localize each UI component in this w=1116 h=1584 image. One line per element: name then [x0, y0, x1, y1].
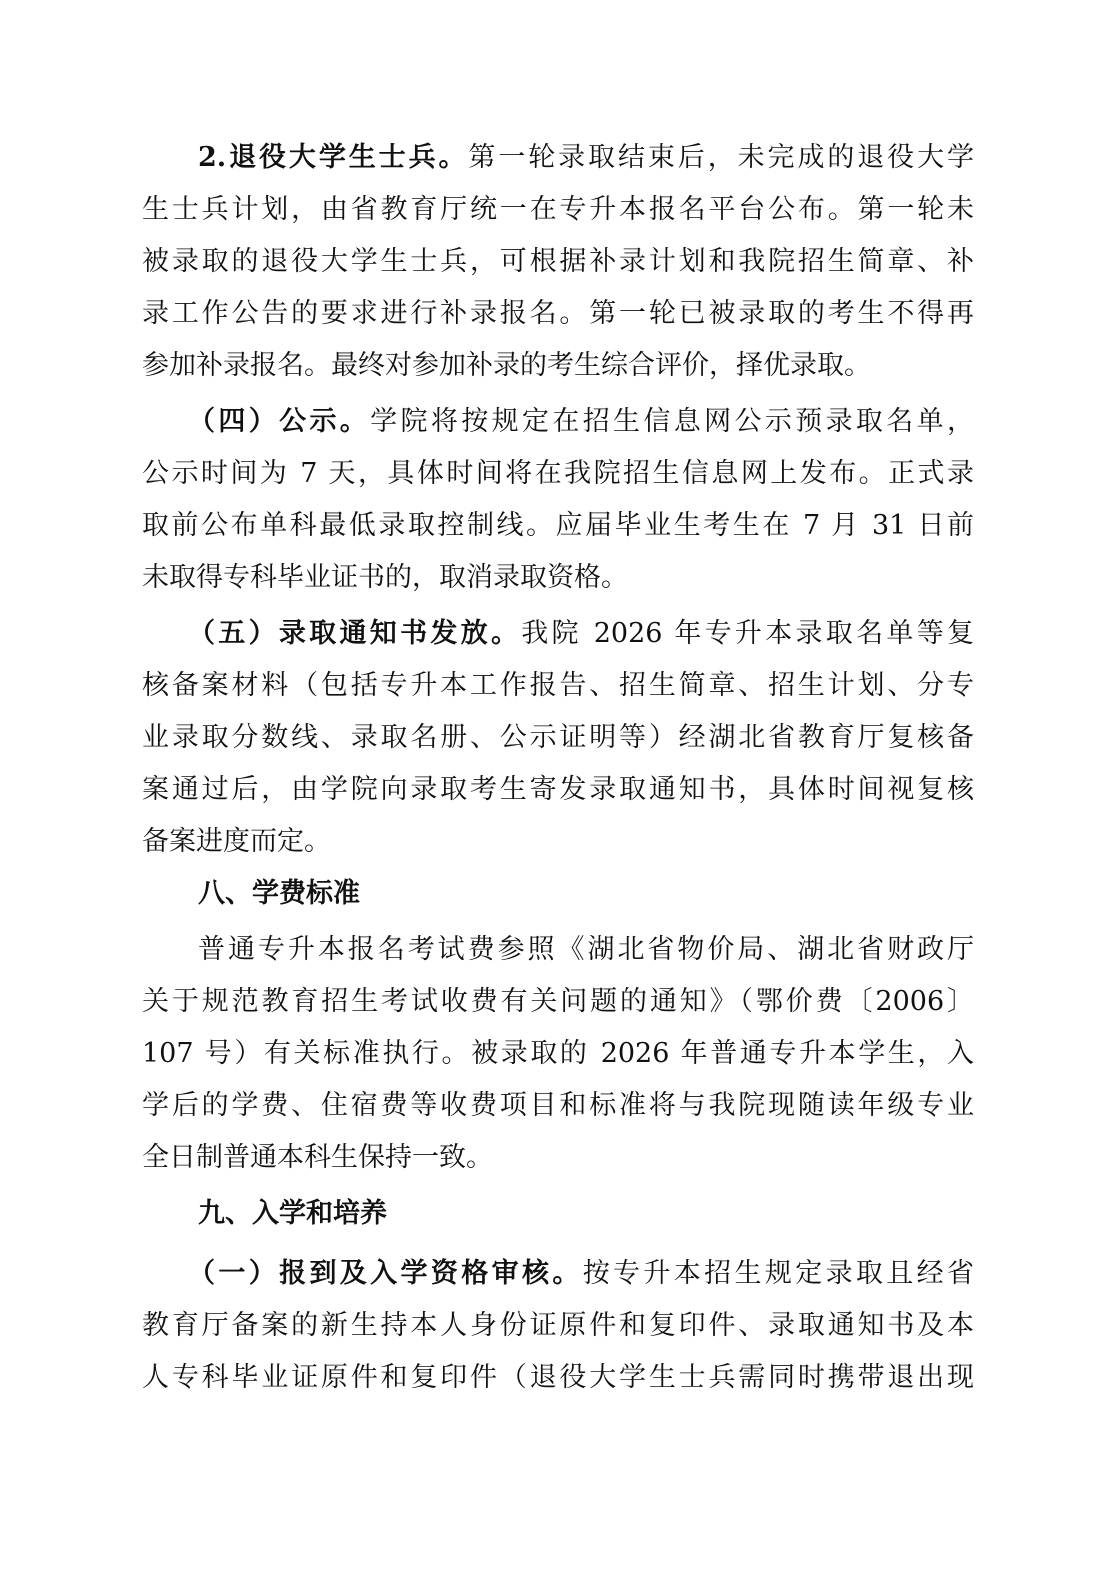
paragraph-veterans-line-3: 被录取的退役大学生士兵，可根据补录计划和我院招生简章、补 — [142, 242, 974, 282]
paragraph-publicity-line-1: （四）公示。学院将按规定在招生信息网公示预录取名单， — [188, 402, 974, 442]
paragraph-lead-veterans: 2.退役大学生士兵。 — [198, 142, 468, 173]
paragraph-veterans-line-5: 参加补录报名。最终对参加补录的考生综合评价，择优录取。 — [142, 346, 974, 386]
paragraph-tuition-line-4: 学后的学费、住宿费等收费项目和标准将与我院现随读年级专业 — [142, 1086, 974, 1126]
section-heading-enrollment: 九、入学和培养 — [198, 1194, 974, 1234]
paragraph-tuition-line-2: 关于规范教育招生考试收费有关问题的通知》（鄂价费〔2006〕 — [142, 982, 974, 1022]
paragraph-notice-line-1: （五）录取通知书发放。我院 2026 年专升本录取名单等复 — [188, 614, 974, 654]
paragraph-notice-line-3: 业录取分数线、录取名册、公示证明等）经湖北省教育厅复核备 — [142, 718, 974, 758]
paragraph-registration-line-3: 人专科毕业证原件和复印件（退役大学生士兵需同时携带退出现 — [142, 1358, 974, 1398]
paragraph-publicity-line-4: 未取得专科毕业证书的，取消录取资格。 — [142, 558, 974, 598]
paragraph-text: 我院 2026 年专升本录取名单等复 — [521, 618, 974, 649]
paragraph-registration-line-1: （一）报到及入学资格审核。按专升本招生规定录取且经省 — [188, 1254, 974, 1294]
paragraph-publicity-line-3: 取前公布单科最低录取控制线。应届毕业生考生在 7 月 31 日前 — [142, 506, 974, 546]
paragraph-text: 按专升本招生规定录取且经省 — [583, 1258, 974, 1289]
paragraph-registration-line-2: 教育厅备案的新生持本人身份证原件和复印件、录取通知书及本 — [142, 1306, 974, 1346]
paragraph-notice-line-2: 核备案材料（包括专升本工作报告、招生简章、招生计划、分专 — [142, 666, 974, 706]
paragraph-text: 学院将按规定在招生信息网公示预录取名单， — [370, 406, 974, 437]
paragraph-notice-line-4: 案通过后，由学院向录取考生寄发录取通知书，具体时间视复核 — [142, 770, 974, 810]
paragraph-publicity-line-2: 公示时间为 7 天，具体时间将在我院招生信息网上发布。正式录 — [142, 454, 974, 494]
paragraph-veterans-line-1: 2.退役大学生士兵。第一轮录取结束后，未完成的退役大学 — [198, 138, 974, 178]
paragraph-veterans-line-2: 生士兵计划，由省教育厅统一在专升本报名平台公布。第一轮未 — [142, 190, 974, 230]
paragraph-tuition-line-5: 全日制普通本科生保持一致。 — [142, 1138, 974, 1178]
paragraph-tuition-line-1: 普通专升本报名考试费参照《湖北省物价局、湖北省财政厅 — [198, 930, 974, 970]
paragraph-lead-registration: （一）报到及入学资格审核。 — [188, 1258, 583, 1289]
paragraph-lead-notice: （五）录取通知书发放。 — [188, 618, 521, 649]
paragraph-lead-publicity: （四）公示。 — [188, 406, 370, 437]
section-heading-tuition: 八、学费标准 — [198, 874, 974, 914]
paragraph-veterans-line-4: 录工作公告的要求进行补录报名。第一轮已被录取的考生不得再 — [142, 294, 974, 334]
document-page: 2.退役大学生士兵。第一轮录取结束后，未完成的退役大学 生士兵计划，由省教育厅统… — [0, 0, 1116, 1584]
paragraph-text: 第一轮录取结束后，未完成的退役大学 — [468, 142, 974, 173]
paragraph-notice-line-5: 备案进度而定。 — [142, 822, 974, 862]
paragraph-tuition-line-3: 107 号）有关标准执行。被录取的 2026 年普通专升本学生，入 — [142, 1034, 974, 1074]
